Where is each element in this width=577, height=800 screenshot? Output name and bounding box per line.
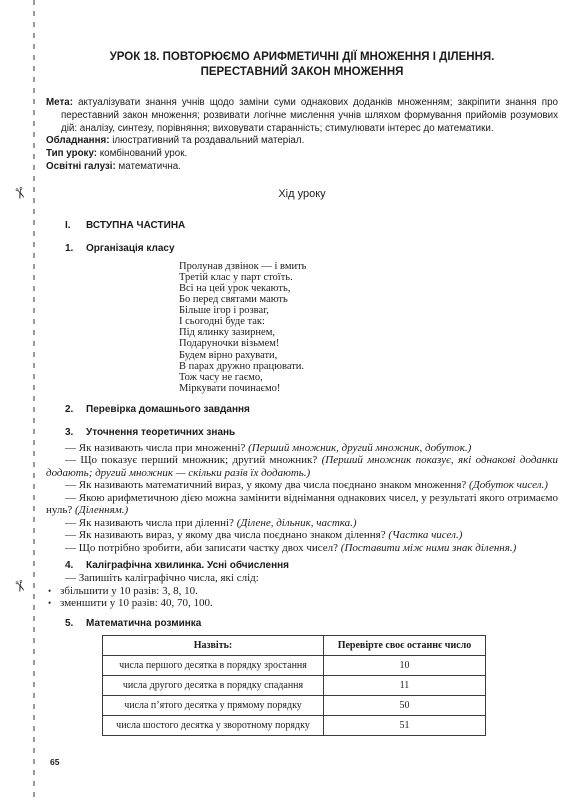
meta-equipment: Обладнання: ілюстративний та роздавальни…: [46, 135, 558, 148]
qa-item: — Як називають числа при множенні? (Перш…: [46, 442, 558, 455]
meta-goal-label: Мета:: [46, 97, 73, 108]
part-1-number: I.: [65, 219, 86, 232]
bullet-item: • збільшити у 10 разів: 3, 8, 10.: [46, 585, 558, 598]
scissors-icon-top: ✂: [10, 185, 28, 202]
qa-item: — Як називають числа при діленні? (Ділен…: [46, 517, 558, 530]
table-cell-number: 11: [324, 675, 486, 695]
meta-branches: Освітні галузі: математична.: [46, 161, 558, 174]
section-3-title: Уточнення теоретичних знань: [86, 426, 235, 439]
meta-equipment-label: Обладнання:: [46, 135, 110, 146]
table-row: числа першого десятка в порядку зростанн…: [103, 655, 486, 675]
table-cell-number: 50: [324, 695, 486, 715]
lesson-title-line1: УРОК 18. ПОВТОРЮЄМО АРИФМЕТИЧНІ ДІЇ МНОЖ…: [46, 50, 558, 65]
answer-text: (Добуток чисел.): [469, 479, 548, 491]
section-5-number: 5.: [65, 617, 86, 630]
bullet-item-text: збільшити у 10 разів: 3, 8, 10.: [60, 585, 198, 598]
question-text: — Що показує перший множник; другий множ…: [65, 454, 317, 466]
answer-text: (Ділене, дільник, частка.): [237, 517, 357, 529]
section-2-title: Перевірка домашнього завдання: [86, 403, 250, 416]
scissors-icon-bottom: ✂: [10, 578, 28, 595]
answer-text: (Поставити між ними знак ділення.): [341, 542, 516, 554]
cut-line: [33, 0, 35, 800]
lesson-title: УРОК 18. ПОВТОРЮЄМО АРИФМЕТИЧНІ ДІЇ МНОЖ…: [46, 50, 558, 80]
bullet-icon: •: [46, 597, 60, 610]
lesson-meta: Мета: актуалізувати знання учнів щодо за…: [46, 97, 558, 174]
question-text: — Як називають математичний вираз, у яко…: [65, 479, 466, 491]
poem-line: Пролунав дзвінок — і вмить: [179, 261, 558, 272]
section-4-title: Каліграфічна хвилинка. Усні обчислення: [86, 559, 289, 572]
meta-goal-text: актуалізувати знання учнів щодо заміни с…: [61, 97, 558, 134]
meta-lesson-type-label: Тип уроку:: [46, 148, 97, 159]
part-1-title: ВСТУПНА ЧАСТИНА: [86, 219, 185, 232]
answer-text: (Перший множник, другий множник, добуток…: [248, 442, 471, 454]
poem-line: В парах дружно працювати.: [179, 361, 558, 372]
page-number: 65: [50, 757, 59, 767]
table-cell-task: числа п’ятого десятка у прямому порядку: [103, 695, 324, 715]
question-text: — Як називають числа при множенні?: [65, 442, 245, 454]
meta-lesson-type-text: комбінований урок.: [100, 148, 187, 159]
lesson-title-line2: ПЕРЕСТАВНИЙ ЗАКОН МНОЖЕННЯ: [46, 65, 558, 80]
table-row: числа шостого десятка у зворотному поряд…: [103, 715, 486, 735]
meta-branches-text: математична.: [119, 161, 181, 172]
poem: Пролунав дзвінок — і вмить Третій клас у…: [179, 261, 558, 394]
poem-line: Всі на цей урок чекають,: [179, 283, 558, 294]
poem-line: Більше ігор і розваг,: [179, 305, 558, 316]
table-row: числа другого десятка в порядку спадання…: [103, 675, 486, 695]
section-4-number: 4.: [65, 559, 86, 572]
poem-line: Бо перед святами мають: [179, 294, 558, 305]
page-content: УРОК 18. ПОВТОРЮЄМО АРИФМЕТИЧНІ ДІЇ МНОЖ…: [46, 50, 558, 736]
bullet-item: • зменшити у 10 разів: 40, 70, 100.: [46, 597, 558, 610]
section-5-heading: 5. Математична розминка: [46, 617, 558, 630]
warmup-table: Назвіть: Перевірте своє останнє число чи…: [102, 635, 486, 736]
section-1-heading: 1. Організація класу: [46, 242, 558, 255]
section-2-heading: 2. Перевірка домашнього завдання: [46, 403, 558, 416]
section-3-number: 3.: [65, 426, 86, 439]
qa-item: — Як називають математичний вираз, у яко…: [46, 479, 558, 492]
poem-line: Подаруночки візьмем!: [179, 338, 558, 349]
meta-lesson-type: Тип уроку: комбінований урок.: [46, 148, 558, 161]
section-1-title: Організація класу: [86, 242, 175, 255]
bullet-list: • збільшити у 10 разів: 3, 8, 10. • змен…: [46, 585, 558, 610]
section-2-number: 2.: [65, 403, 86, 416]
poem-line: Будем вірно рахувати,: [179, 350, 558, 361]
section-3-heading: 3. Уточнення теоретичних знань: [46, 426, 558, 439]
bullet-icon: •: [46, 585, 60, 598]
table-cell-number: 10: [324, 655, 486, 675]
question-text: — Як називають числа при діленні?: [65, 517, 234, 529]
meta-goal: Мета: актуалізувати знання учнів щодо за…: [46, 97, 558, 135]
answer-text: (Частка чисел.): [388, 529, 462, 541]
question-text: — Як називають вираз, у якому два числа …: [65, 529, 386, 541]
poem-line: Тож часу не гаємо,: [179, 372, 558, 383]
section-1-number: 1.: [65, 242, 86, 255]
bullet-item-text: зменшити у 10 разів: 40, 70, 100.: [60, 597, 213, 610]
qa-item: — Що показує перший множник; другий множ…: [46, 454, 558, 479]
table-cell-task: числа шостого десятка у зворотному поряд…: [103, 715, 324, 735]
poem-line: Під ялинку зазирнем,: [179, 327, 558, 338]
poem-line: Міркувати починаємо!: [179, 383, 558, 394]
calligraphy-intro: — Запишіть каліграфічно числа, які слід:: [46, 572, 558, 585]
table-header-check: Перевірте своє останнє число: [324, 635, 486, 655]
qa-block: — Як називають числа при множенні? (Перш…: [46, 442, 558, 555]
table-header-row: Назвіть: Перевірте своє останнє число: [103, 635, 486, 655]
table-cell-number: 51: [324, 715, 486, 735]
part-1-heading: I. ВСТУПНА ЧАСТИНА: [46, 219, 558, 232]
qa-item: — Як називають вираз, у якому два числа …: [46, 529, 558, 542]
section-4-heading: 4. Каліграфічна хвилинка. Усні обчисленн…: [46, 559, 558, 572]
section-5-title: Математична розминка: [86, 617, 201, 630]
meta-branches-label: Освітні галузі:: [46, 161, 116, 172]
flow-heading: Хід уроку: [46, 188, 558, 201]
table-header-task: Назвіть:: [103, 635, 324, 655]
table-cell-task: числа першого десятка в порядку зростанн…: [103, 655, 324, 675]
question-text: — Що потрібно зробити, аби записати част…: [65, 542, 338, 554]
table-row: числа п’ятого десятка у прямому порядку …: [103, 695, 486, 715]
qa-item: — Що потрібно зробити, аби записати част…: [46, 542, 558, 555]
answer-text: (Діленням.): [75, 504, 128, 516]
poem-line: І сьогодні буде так:: [179, 316, 558, 327]
table-cell-task: числа другого десятка в порядку спадання: [103, 675, 324, 695]
qa-item: — Якою арифметичною дією можна замінити …: [46, 492, 558, 517]
meta-equipment-text: ілюстративний та роздавальний матеріал.: [112, 135, 304, 146]
poem-line: Третій клас у парт стоїть.: [179, 272, 558, 283]
